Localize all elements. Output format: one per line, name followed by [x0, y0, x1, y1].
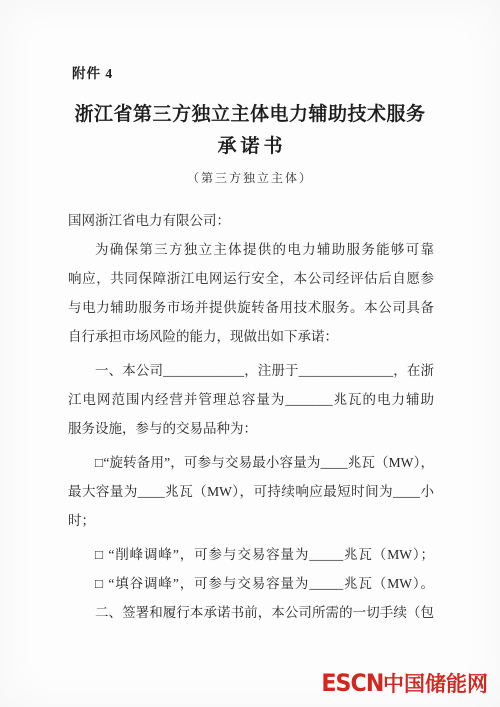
clause-1-line-3: 服务设施，参与的交易品种为： — [68, 414, 434, 443]
preamble-line-4: 自行承担市场风险的能力，现做出如下承诺： — [68, 322, 434, 351]
document-title-line2: 承诺书 — [0, 131, 500, 158]
document-title-line1: 浙江省第三方独立主体电力辅助技术服务 — [0, 99, 500, 126]
attachment-number-label: 附件 4 — [72, 62, 113, 82]
clause-2-line-1: 二、签署和履行本承诺书前，本公司所需的一切手续（包 — [68, 598, 434, 627]
document-subtitle: （第三方独立主体） — [0, 169, 500, 186]
preamble-line-2: 响应，共同保障浙江电网运行安全，本公司经评估后自愿参 — [68, 264, 434, 293]
escn-logo: ESCN 中国储能网 — [316, 669, 488, 698]
checkbox-line-spinning-reserve: □“旋转备用”，可参与交易最小容量为____兆瓦（MW）， — [68, 448, 434, 477]
document-page: 附件 4 浙江省第三方独立主体电力辅助技术服务 承诺书 （第三方独立主体） 国网… — [0, 0, 500, 707]
escn-logo-latin: ESCN — [321, 669, 383, 697]
preamble-line-3: 与电力辅助服务市场并提供旋转备用技术服务。本公司具备 — [68, 293, 434, 322]
salutation-line: 国网浙江省电力有限公司： — [68, 206, 434, 235]
spinning-reserve-line-2: 最大容量为____兆瓦（MW），可持续响应最短时间为____小 — [68, 477, 434, 506]
preamble-line-1: 为确保第三方独立主体提供的电力辅助服务能够可靠 — [68, 235, 434, 264]
document-body: 国网浙江省电力有限公司： 为确保第三方独立主体提供的电力辅助服务能够可靠 响应，… — [68, 206, 434, 627]
escn-logo-cjk: 中国储能网 — [383, 670, 488, 698]
checkbox-line-peak-shaving: □ “削峰调峰”，可参与交易容量为_____兆瓦（MW）； — [68, 540, 434, 569]
checkbox-line-valley-filling: □ “填谷调峰”，可参与交易容量为_____兆瓦（MW）。 — [68, 569, 434, 598]
clause-1-line-2: 江电网范围内经营并管理总容量为_______兆瓦的电力辅助 — [68, 385, 434, 414]
spinning-reserve-line-3: 时； — [68, 506, 434, 535]
clause-1-line-1: 一、本公司____________，注册于______________，在浙 — [68, 356, 434, 385]
